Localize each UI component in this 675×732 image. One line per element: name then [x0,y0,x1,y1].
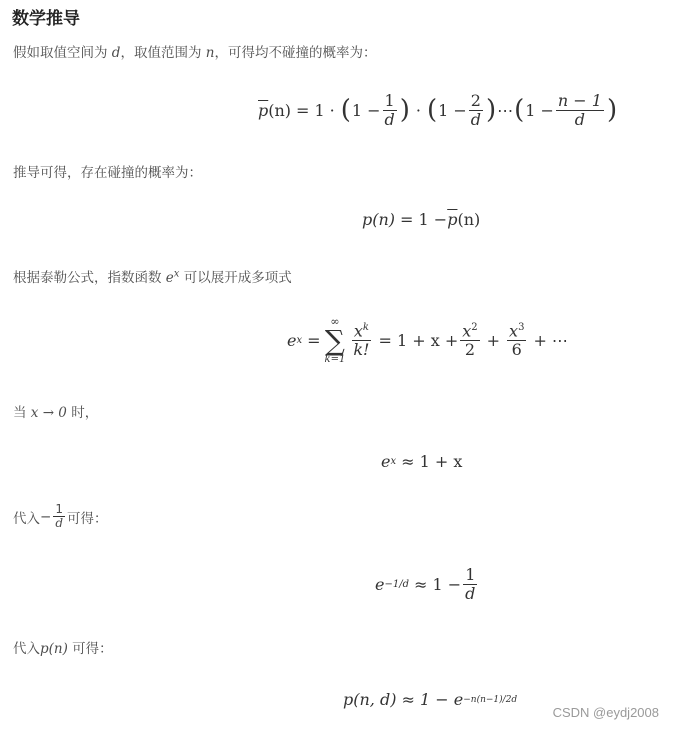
paragraph-substitute-pn: 代入p(n) 可得： [13,637,113,657]
section-heading: 数学推导 [12,4,80,29]
equation-collision: p(n) = 1 − p(n) [362,210,480,229]
equation-substituted: e−1/d ≈ 1 − 1d [375,566,479,602]
fraction: n − 1d [556,92,604,128]
paragraph-taylor: 根据泰勒公式，指数函数 ex 可以展开成多项式 [13,266,292,286]
watermark: CSDN @eydj2008 [553,705,659,720]
equation-taylor-series: ex= ∞∑k=1 xkk! = 1 + x + x22 + x36 + ⋯ [287,312,568,368]
equation-final: p(n, d) ≈ 1 − e−n(n−1)/2d [343,690,517,709]
paragraph-substitute: 代入− 1d 可得： [13,503,108,530]
equation-approximation: ex≈ 1 + x [381,452,462,471]
fraction: 2d [469,92,483,128]
paragraph-limit: 当 x → 0 时， [13,401,98,421]
summation: ∞∑k=1 [325,316,346,365]
fraction: 1d [382,92,396,128]
paragraph-collision: 推导可得，存在碰撞的概率为： [13,161,202,181]
equation-no-collision: p(n) = 1· (1− 1d) · (1− 2d) ⋯ (1− n − 1d… [258,88,618,132]
paragraph-assumption: 假如取值空间为 d，取值范围为 n，可得均不碰撞的概率为： [13,41,376,61]
